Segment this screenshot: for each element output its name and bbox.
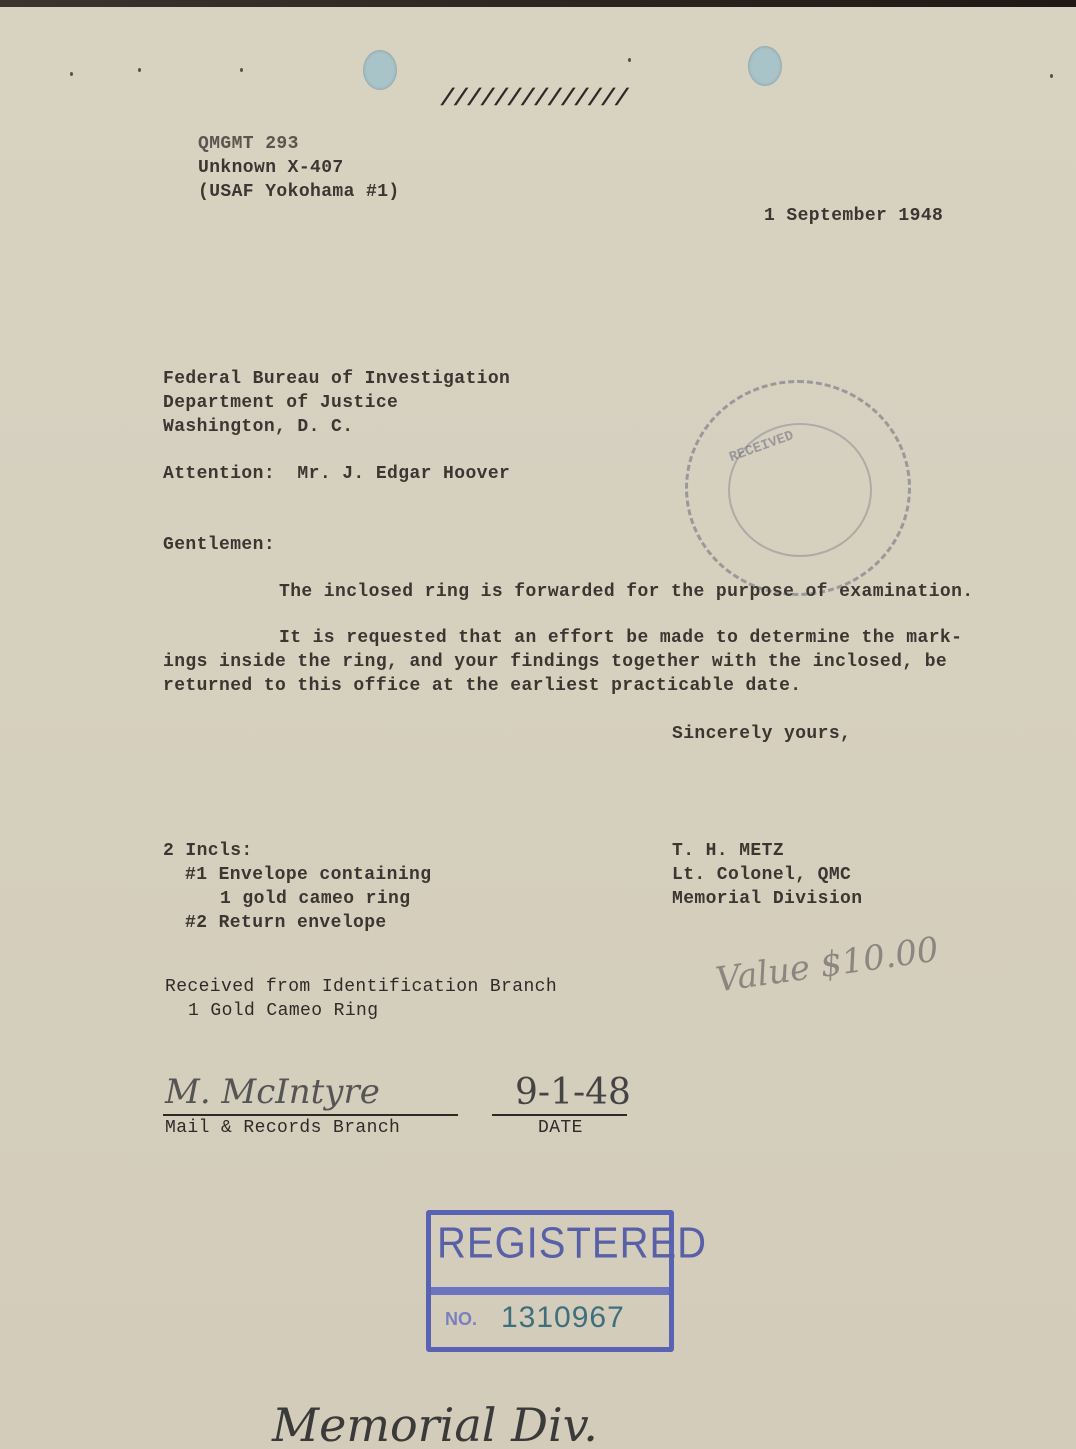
handwritten-receipt-date: 9-1-48 — [515, 1072, 631, 1113]
speck — [138, 68, 141, 72]
date-label: DATE — [538, 1116, 583, 1140]
recipient-line3: Washington, D. C. — [163, 415, 353, 439]
enclosure-item-1: #1 Envelope containing — [185, 863, 431, 887]
punch-hole-left — [363, 50, 397, 90]
registered-number: 1310967 — [501, 1301, 625, 1335]
enclosure-item-2: #2 Return envelope — [185, 911, 387, 935]
registered-no-label: NO. — [445, 1309, 477, 1330]
letter-page: ////////////// QMGMT 293 Unknown X-407 (… — [0, 0, 1076, 1449]
body-paragraph-2-line3: returned to this office at the earliest … — [163, 674, 802, 698]
body-paragraph-2-line1: It is requested that an effort be made t… — [279, 626, 962, 650]
handwritten-footer-note: Memorial Div. — [272, 1398, 598, 1449]
signer-division: Memorial Division — [672, 887, 862, 911]
location-reference: (USAF Yokohama #1) — [198, 180, 400, 204]
enclosure-item-1-detail: 1 gold cameo ring — [220, 887, 410, 911]
signature-label: Mail & Records Branch — [165, 1116, 400, 1140]
body-paragraph-1: The inclosed ring is forwarded for the p… — [279, 580, 974, 604]
receipt-line2: 1 Gold Cameo Ring — [188, 999, 378, 1023]
registered-stamp-title: REGISTERED — [437, 1219, 707, 1269]
registered-stamp-divider — [431, 1287, 669, 1295]
registered-stamp: REGISTERED NO. 1310967 — [426, 1210, 674, 1352]
handwritten-value-note: Value $10.00 — [713, 930, 941, 1001]
body-paragraph-2-line2: ings inside the ring, and your findings … — [163, 650, 947, 674]
speck — [70, 72, 73, 76]
salutation: Gentlemen: — [163, 533, 275, 557]
receipt-line1: Received from Identification Branch — [165, 975, 557, 999]
recipient-line2: Department of Justice — [163, 391, 398, 415]
enclosures-heading: 2 Incls: — [163, 839, 253, 863]
attention-line: Attention: Mr. J. Edgar Hoover — [163, 462, 510, 486]
file-reference: QMGMT 293 — [198, 132, 299, 156]
signer-name: T. H. METZ — [672, 839, 784, 863]
signer-rank: Lt. Colonel, QMC — [672, 863, 851, 887]
letter-date: 1 September 1948 — [764, 204, 943, 228]
header-slashes: ////////////// — [438, 86, 629, 113]
punch-hole-right — [748, 46, 782, 86]
recipient-line1: Federal Bureau of Investigation — [163, 367, 510, 391]
speck — [240, 68, 243, 72]
closing: Sincerely yours, — [672, 722, 851, 746]
speck — [628, 58, 631, 62]
received-seal-stamp: RECEIVED — [685, 380, 911, 596]
speck — [1050, 74, 1053, 78]
top-edge — [0, 0, 1076, 7]
handwritten-receiver-signature: M. McIntyre — [165, 1072, 380, 1112]
case-identifier: Unknown X-407 — [198, 156, 344, 180]
